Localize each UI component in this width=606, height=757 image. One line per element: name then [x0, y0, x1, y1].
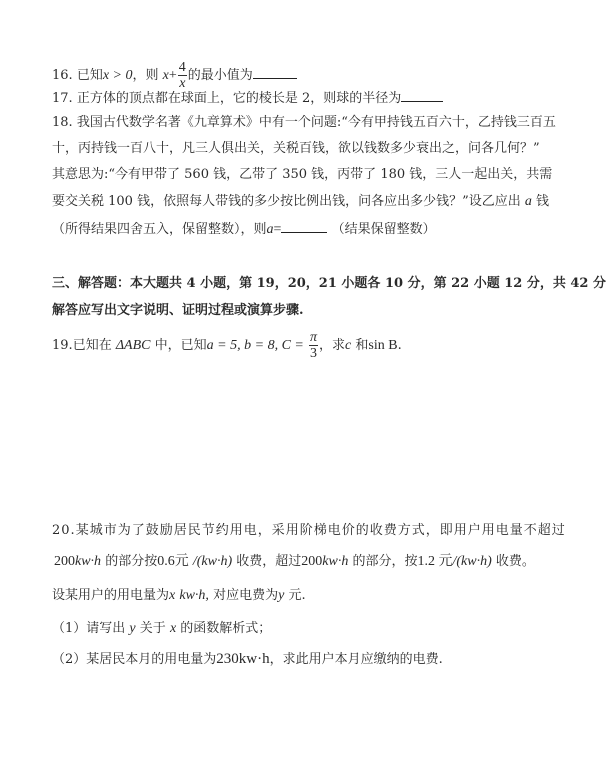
q20-sub2-text: ，求此用户本月应缴纳的电费.	[270, 652, 443, 667]
question-20-sub2: （2）某居民本月的用电量为230kw·h，求此用户本月应缴纳的电费.	[52, 651, 443, 667]
q16-condition: x > 0	[103, 68, 133, 83]
q18-text: 十，丙持钱一百八十，凡三人俱出关，关税百钱，欲以钱数多少衰出之，问各几何？”	[52, 141, 540, 156]
q20-value: 200	[301, 554, 322, 569]
question-18-line3: 其意思为:“今有甲带了 560 钱，乙带了 350 钱，丙带了 180 钱，三人…	[52, 167, 552, 183]
q16-fraction: 4x	[178, 60, 187, 91]
question-20-line2: 200kw·h 的部分按0.6元 /(kw·h) 收费，超过200kw·h 的部…	[54, 554, 535, 570]
q18-answer-blank[interactable]	[281, 220, 327, 233]
q20-unit: kw·h	[75, 554, 101, 569]
q20-var-y: y	[278, 588, 284, 603]
q16-answer-blank[interactable]	[253, 66, 297, 79]
q20-sub1-text: 关于	[140, 621, 166, 636]
q20-var-x: x	[169, 588, 175, 603]
q19-end: .	[398, 338, 402, 353]
fraction-denominator: 3	[309, 346, 318, 361]
q20-price1: 0.6元	[157, 554, 189, 569]
q19-sinB: sin B	[368, 338, 397, 353]
section-3-instruction: 解答应写出文字说明、证明过程或演算步骤.	[52, 303, 304, 319]
section-instruction: 解答应写出文字说明、证明过程或演算步骤.	[52, 303, 304, 318]
q19-text: 中，已知	[155, 338, 207, 353]
q19-text: 和	[355, 338, 368, 353]
fraction-numerator: 4	[178, 60, 187, 76]
question-20-sub1: （1）请写出 y 关于 x 的函数解析式；	[52, 621, 271, 637]
q19-text: 已知在	[73, 338, 112, 353]
q19-number: 19.	[52, 338, 73, 353]
q18-text: （结果保留整数）	[332, 222, 436, 237]
q16-text: 已知	[77, 68, 103, 83]
q18-var-a: a	[267, 222, 274, 237]
q19-text: ，求	[319, 338, 345, 353]
q20-number: 20.	[52, 523, 76, 538]
question-18-line4: 要交关税 100 钱，依照每人带钱的多少按比例出钱，问各应出多少钱？”设乙应出 …	[52, 194, 549, 210]
q20-sub1-text: 的函数解析式；	[180, 621, 271, 636]
q18-var-a: a	[525, 194, 532, 209]
q19-var-c: c	[345, 338, 351, 353]
q17-number: 17.	[52, 91, 73, 106]
q20-text: 的部分按	[105, 554, 157, 569]
q20-usage-value: 230kw·h	[216, 651, 269, 667]
question-17: 17. 正方体的顶点都在球面上，它的棱长是 2，则球的半径为	[52, 89, 443, 105]
q20-var-y: y	[129, 621, 135, 636]
q20-text: 某城市为了鼓励居民节约用电，采用阶梯电价的收费方式，即用户用电量不超过	[76, 523, 566, 538]
q20-text: 收费。	[496, 554, 535, 569]
question-20-line3: 设某用户的用电量为x kw·h, 对应电费为y 元.	[52, 588, 306, 604]
q18-text: 要交关税 100 钱，依照每人带钱的多少按比例出钱，问各应出多少钱？”设乙应出	[52, 194, 521, 209]
q20-price2: 1.2 元	[418, 554, 453, 569]
question-20-line1: 20.某城市为了鼓励居民节约用电，采用阶梯电价的收费方式，即用户用电量不超过	[52, 523, 566, 539]
question-18-line2: 十，丙持钱一百八十，凡三人俱出关，关税百钱，欲以钱数多少衰出之，问各几何？”	[52, 141, 540, 157]
q16-plus: +	[169, 68, 177, 83]
q18-number: 18.	[52, 115, 73, 130]
q19-fraction: π3	[309, 330, 318, 361]
section-heading: 三、解答题：本大题共 4 小题，第 19，20，21 小题各 10 分，第 22…	[52, 276, 606, 291]
q19-given: a = 5, b = 8, C =	[207, 338, 304, 353]
question-16: 16. 已知x > 0，则 x+4x的最小值为	[52, 60, 297, 76]
q20-unit: kw·h,	[179, 588, 209, 603]
question-18-line5: （所得结果四舍五入，保留整数），则a= （结果保留整数）	[52, 220, 436, 236]
q20-text: 元.	[288, 588, 305, 603]
q18-text: （所得结果四舍五入，保留整数），则	[52, 222, 267, 237]
q17-answer-blank[interactable]	[401, 89, 443, 102]
q20-sub2-text: （2）某居民本月的用电量为	[52, 652, 216, 667]
section-3-heading: 三、解答题：本大题共 4 小题，第 19，20，21 小题各 10 分，第 22…	[52, 276, 606, 292]
fraction-numerator: π	[309, 330, 318, 346]
q20-unit: kw·h	[322, 554, 348, 569]
question-19: 19.已知在 ΔABC 中，已知a = 5, b = 8, C = π3，求c …	[52, 330, 402, 346]
q18-text: 其意思为:“今有甲带了 560 钱，乙带了 350 钱，丙带了 180 钱，三人…	[52, 167, 552, 182]
q18-equals: =	[274, 222, 282, 237]
q16-text: 的最小值为	[188, 68, 253, 83]
q20-text: 设某用户的用电量为	[52, 588, 169, 603]
q20-sub1-text: （1）请写出	[52, 621, 125, 636]
q18-text: 钱	[536, 194, 549, 209]
q17-text: 正方体的顶点都在球面上，它的棱长是 2，则球的半径为	[77, 91, 401, 106]
q20-per-unit: /(kw·h)	[453, 554, 492, 569]
q20-value: 200	[54, 554, 75, 569]
question-18-line1: 18. 我国古代数学名著《九章算术》中有一个问题:“今有甲持钱五百六十，乙持钱三…	[52, 115, 556, 131]
q16-text: ，则	[133, 68, 159, 83]
q20-text: 的部分，按	[352, 554, 417, 569]
q18-text: 我国古代数学名著《九章算术》中有一个问题:“今有甲持钱五百六十，乙持钱三百五	[77, 115, 556, 130]
q16-number: 16.	[52, 68, 73, 83]
q20-per-unit: /(kw·h)	[193, 554, 232, 569]
q20-text: 收费，超过	[236, 554, 301, 569]
q20-text: 对应电费为	[213, 588, 278, 603]
q19-triangle: ΔABC	[116, 338, 151, 353]
q20-var-x: x	[170, 621, 176, 636]
